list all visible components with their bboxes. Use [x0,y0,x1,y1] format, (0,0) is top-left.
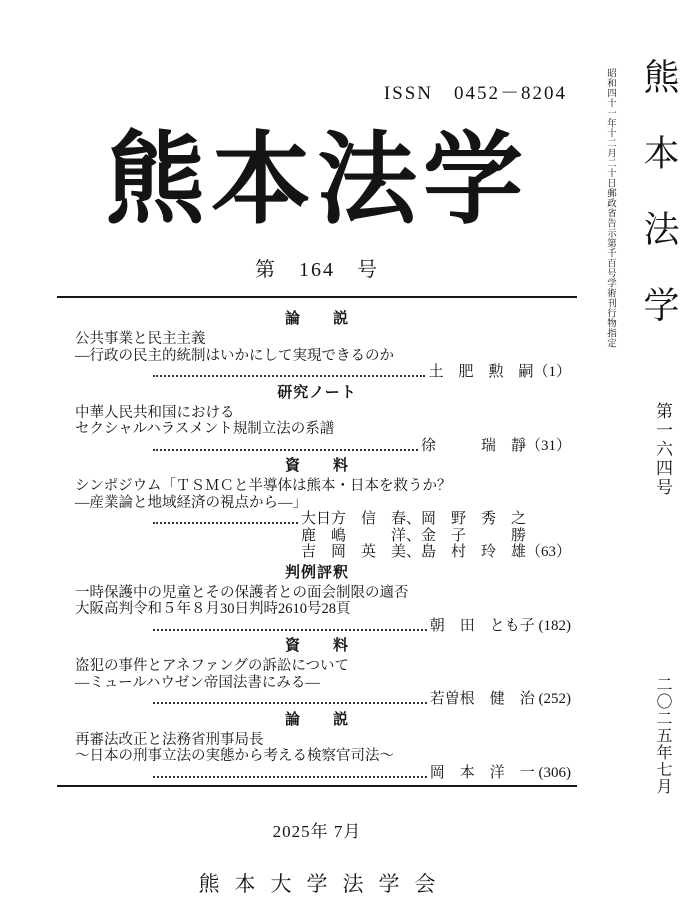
article-title-line: 盗犯の事件とアネファングの訴訟について [57,658,577,675]
sidebar-issue-number: 第一六四号 [650,402,675,497]
section-header: 論 説 [57,311,577,327]
toc-section-kenkyu-note: 研究ノート 中華人民共和国における セクシャルハラスメント規制立法の系譜 徐 瑞… [57,385,577,455]
article-title-line: ―行政の民主的統制はいかにして実現できるのか [57,348,577,365]
journal-title: 熊本法学 [57,125,577,237]
article-title-line: セクシャルハラスメント規制立法の系譜 [57,421,577,438]
sidebar-designation-note: 昭和四十一年十二月二十日郵政省告示第千百号学術刊行物指定 [603,68,617,348]
dot-leader [153,364,425,377]
sidebar-journal-title: 熊本法学 [634,58,685,362]
author-row: 岡 本 洋 一 (306) [57,765,577,782]
article-title-line: ～日本の刑事立法の実態から考える検察官司法～ [57,748,577,765]
author-row: 徐 瑞 靜（31） [57,438,577,455]
section-header: 研究ノート [57,385,577,401]
toc-section-ronsetsu-1: 論 説 公共事業と民主主義 ―行政の民主的統制はいかにして実現できるのか 土 肥… [57,311,577,381]
article-title-line: 再審法改正と法務省刑事局長 [57,732,577,749]
issue-number-line: 第 164 号 [57,253,577,282]
dot-leader [153,765,427,778]
section-header: 資 料 [57,458,577,474]
author-name: 徐 瑞 靜（31） [421,438,571,455]
bottom-divider [57,785,577,787]
author-row: 土 肥 勲 嗣（1） [57,364,577,381]
article-title-line: ―ミュールハウゼン帝国法書にみる― [57,675,577,692]
sidebar-date: 二〇二五年七月 [651,676,674,795]
publication-date: 2025年 7月 [57,817,577,842]
author-name: 大日方 信 春、岡 野 秀 之 [301,511,571,528]
article-title-line: ―産業論と地域経済の視点から―」 [57,495,577,512]
article-title-line: シンポジウム「ＴＳＭＣと半導体は熊本・日本を救うか？ [57,478,577,495]
section-header: 論 説 [57,712,577,728]
publisher-name: 熊本大学法学会 [57,868,577,898]
toc-section-shiryo-2: 資 料 盗犯の事件とアネファングの訴訟について ―ミュールハウゼン帝国法書にみる… [57,638,577,708]
author-name: 若曽根 健 治 (252) [430,691,571,708]
author-name: 岡 本 洋 一 (306) [430,765,571,782]
toc-section-ronsetsu-2: 論 説 再審法改正と法務省刑事局長 ～日本の刑事立法の実態から考える検察官司法～… [57,712,577,782]
author-name: 鹿 嶋 洋、金 子 勝 [301,528,571,545]
article-title-line: 公共事業と民主主義 [57,331,577,348]
article-title-line: 中華人民共和国における [57,405,577,422]
author-name: 吉 岡 英 美、島 村 玲 雄（63） [301,544,571,561]
article-title-line: 一時保護中の児童とその保護者との面会制限の適否 [57,585,577,602]
author-name: 土 肥 勲 嗣（1） [428,364,571,381]
table-of-contents: 論 説 公共事業と民主主義 ―行政の民主的統制はいかにして実現できるのか 土 肥… [57,298,577,781]
dot-leader [153,511,298,524]
author-name: 朝 田 とも子 (182) [430,618,571,635]
main-column: ISSN 0452－8204 熊本法学 第 164 号 論 説 公共事業と民主主… [57,0,577,898]
author-name-group: 大日方 信 春、岡 野 秀 之 鹿 嶋 洋、金 子 勝 吉 岡 英 美、島 村 … [301,511,571,561]
author-row: 若曽根 健 治 (252) [57,691,577,708]
section-header: 判例評釈 [57,565,577,581]
toc-section-hanrei-hyoshaku: 判例評釈 一時保護中の児童とその保護者との面会制限の適否 大阪高判令和５年８月3… [57,565,577,635]
author-row: 朝 田 とも子 (182) [57,618,577,635]
dot-leader [153,618,427,631]
issn-number: ISSN 0452－8204 [57,0,577,105]
dot-leader [153,691,427,704]
journal-cover-page: ISSN 0452－8204 熊本法学 第 164 号 論 説 公共事業と民主主… [0,0,692,907]
article-title-line: 大阪高判令和５年８月30日判時2610号28頁 [57,601,577,618]
author-row: 大日方 信 春、岡 野 秀 之 鹿 嶋 洋、金 子 勝 吉 岡 英 美、島 村 … [57,511,577,561]
dot-leader [153,438,418,451]
section-header: 資 料 [57,638,577,654]
toc-section-shiryo-1: 資 料 シンポジウム「ＴＳＭＣと半導体は熊本・日本を救うか？ ―産業論と地域経済… [57,458,577,561]
